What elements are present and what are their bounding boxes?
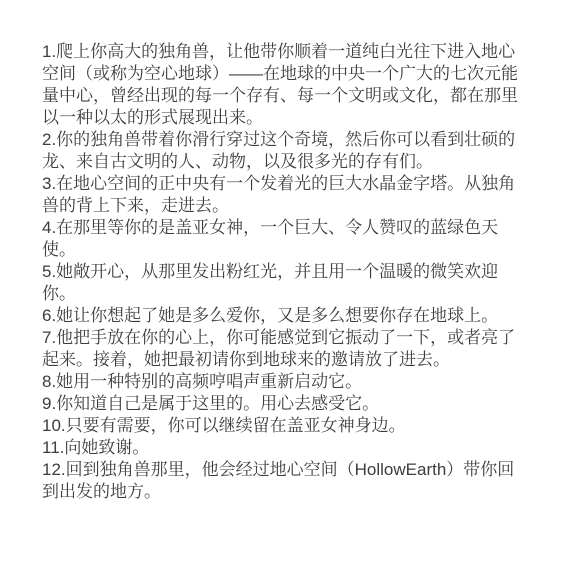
list-item-10: 10.只要有需要，你可以继续留在盖亚女神身边。	[42, 415, 526, 437]
list-item-1: 1.爬上你高大的独角兽，让他带你顺着一道纯白光往下进入地心空间（或称为空心地球）…	[42, 41, 526, 129]
text-document: 1.爬上你高大的独角兽，让他带你顺着一道纯白光往下进入地心空间（或称为空心地球）…	[42, 41, 526, 503]
list-item-12: 12.回到独角兽那里，他会经过地心空间（HollowEarth）带你回到出发的地…	[42, 459, 526, 503]
list-item-8: 8.她用一种特别的高频哼唱声重新启动它。	[42, 371, 526, 393]
list-item-3: 3.在地心空间的正中央有一个发着光的巨大水晶金字塔。从独角兽的背上下来，走进去。	[42, 173, 526, 217]
list-item-5: 5.她敞开心，从那里发出粉红光，并且用一个温暖的微笑欢迎你。	[42, 261, 526, 305]
list-item-11: 11.向她致谢。	[42, 437, 526, 459]
list-item-7: 7.他把手放在你的心上，你可能感觉到它振动了一下，或者亮了起来。接着，她把最初请…	[42, 327, 526, 371]
list-item-9: 9.你知道自己是属于这里的。用心去感受它。	[42, 393, 526, 415]
list-item-6: 6.她让你想起了她是多么爱你，又是多么想要你存在地球上。	[42, 305, 526, 327]
list-item-2: 2.你的独角兽带着你滑行穿过这个奇境，然后你可以看到壮硕的龙、来自古文明的人、动…	[42, 129, 526, 173]
list-item-4: 4.在那里等你的是盖亚女神，一个巨大、令人赞叹的蓝绿色天使。	[42, 217, 526, 261]
